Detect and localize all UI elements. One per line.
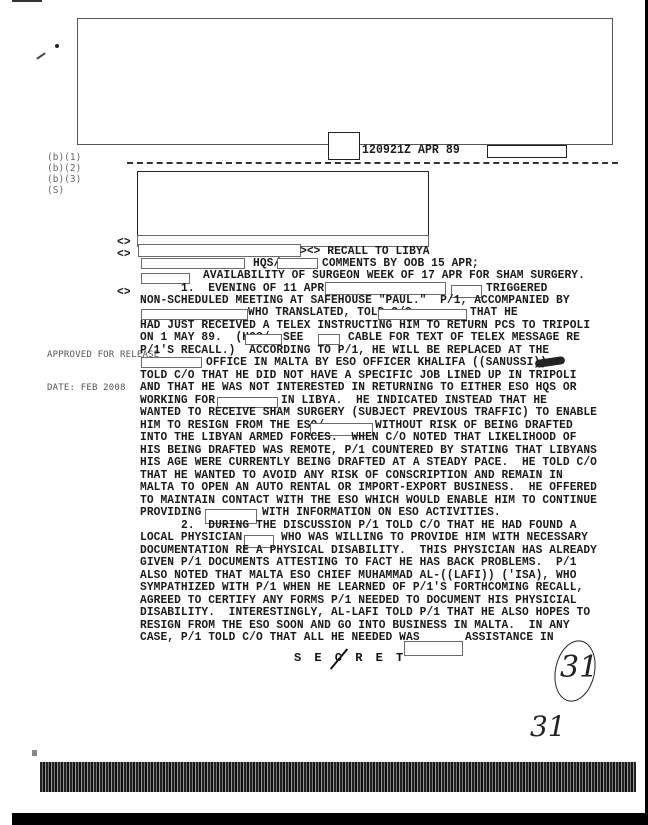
exemption-code: (b)(1) [47, 152, 81, 163]
date-time-group: 120921Z APR 89 [362, 144, 460, 157]
redaction-small-box [328, 132, 360, 160]
scan-speck [36, 52, 45, 59]
page-number-handwritten: 31 [530, 710, 566, 743]
scan-speck [32, 750, 37, 756]
redaction-header-block [77, 18, 613, 145]
scan-speck [55, 44, 59, 48]
line-marker: <> [117, 286, 131, 299]
redaction-dtg-right [487, 145, 567, 158]
redaction [141, 357, 202, 368]
doc-text: CASE, P/1 TOLD C/O THAT ALL HE NEEDED WA… [140, 631, 420, 644]
exemption-code: (b)(2) [47, 163, 81, 174]
exemption-code: (b)(3) [47, 174, 81, 185]
page-number-circled: 31 [560, 650, 598, 685]
line-marker: <> [117, 248, 131, 261]
exemption-code: (S) [47, 185, 64, 196]
redaction-address-block [137, 171, 429, 245]
classification-marking: S E C R E T [294, 651, 406, 665]
redaction [404, 641, 463, 656]
header-separator [127, 162, 618, 164]
scan-bottom-edge [12, 813, 648, 825]
scan-speck [12, 0, 42, 2]
scan-noise-band [40, 762, 636, 792]
doc-text: ASSISTANCE IN [465, 631, 554, 644]
